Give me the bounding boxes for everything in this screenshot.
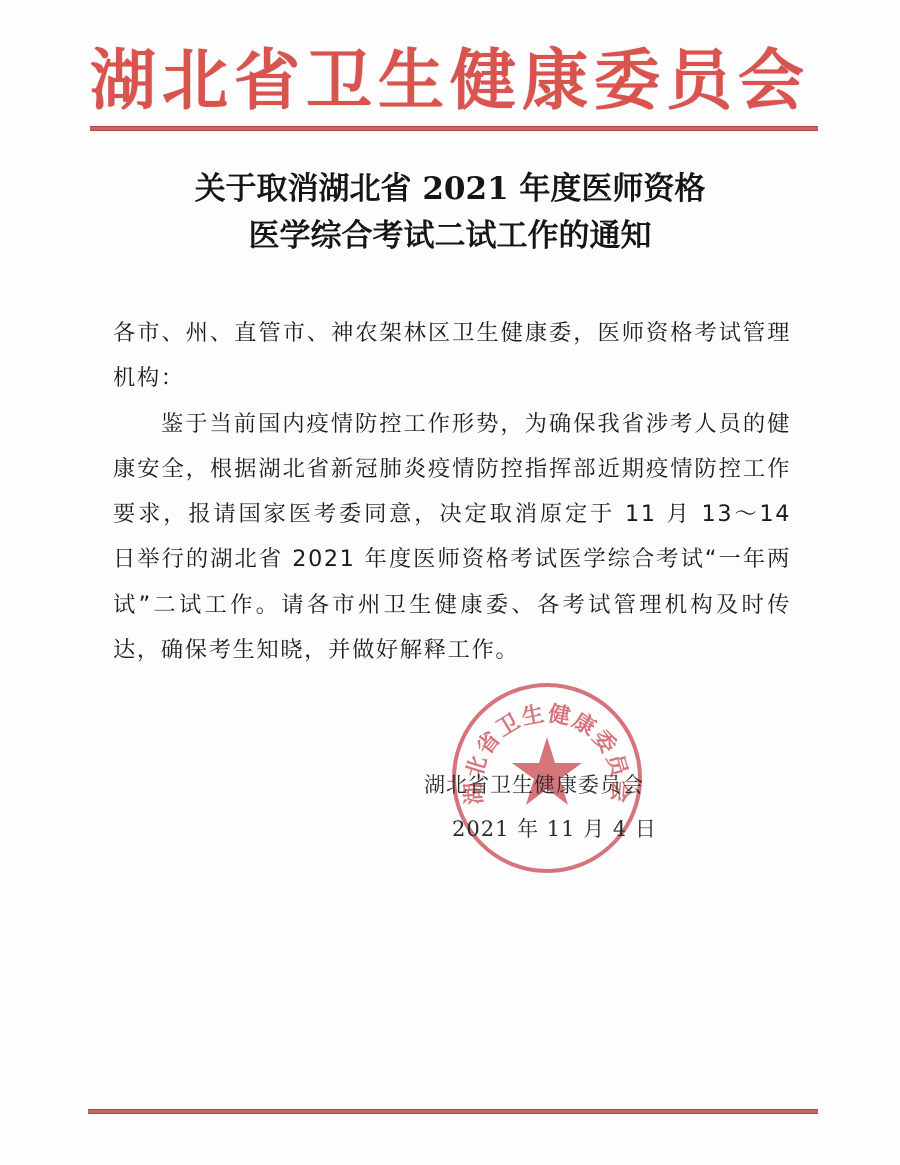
header-divider bbox=[90, 126, 818, 131]
title-line-1: 关于取消湖北省 2021 年度医师资格 bbox=[0, 166, 900, 213]
footer-divider bbox=[88, 1109, 818, 1114]
body-paragraph: 鉴于当前国内疫情防控工作形势，为确保我省涉考人员的健康安全，根据湖北省新冠肺炎疫… bbox=[113, 402, 791, 674]
document-title: 关于取消湖北省 2021 年度医师资格 医学综合考试二试工作的通知 bbox=[0, 166, 900, 260]
signature-organization: 湖北省卫生健康委员会 bbox=[424, 763, 694, 807]
signature-block: 湖北省卫生健康委员会 2021 年 11 月 4 日 bbox=[424, 763, 694, 851]
document-body: 各市、州、直管市、神农架林区卫生健康委，医师资格考试管理机构： 鉴于当前国内疫情… bbox=[113, 311, 791, 673]
salutation: 各市、州、直管市、神农架林区卫生健康委，医师资格考试管理机构： bbox=[113, 311, 791, 402]
signature-date: 2021 年 11 月 4 日 bbox=[424, 807, 694, 851]
title-line-2: 医学综合考试二试工作的通知 bbox=[0, 213, 900, 260]
masthead-issuer: 湖北省卫生健康委员会 bbox=[0, 40, 900, 120]
